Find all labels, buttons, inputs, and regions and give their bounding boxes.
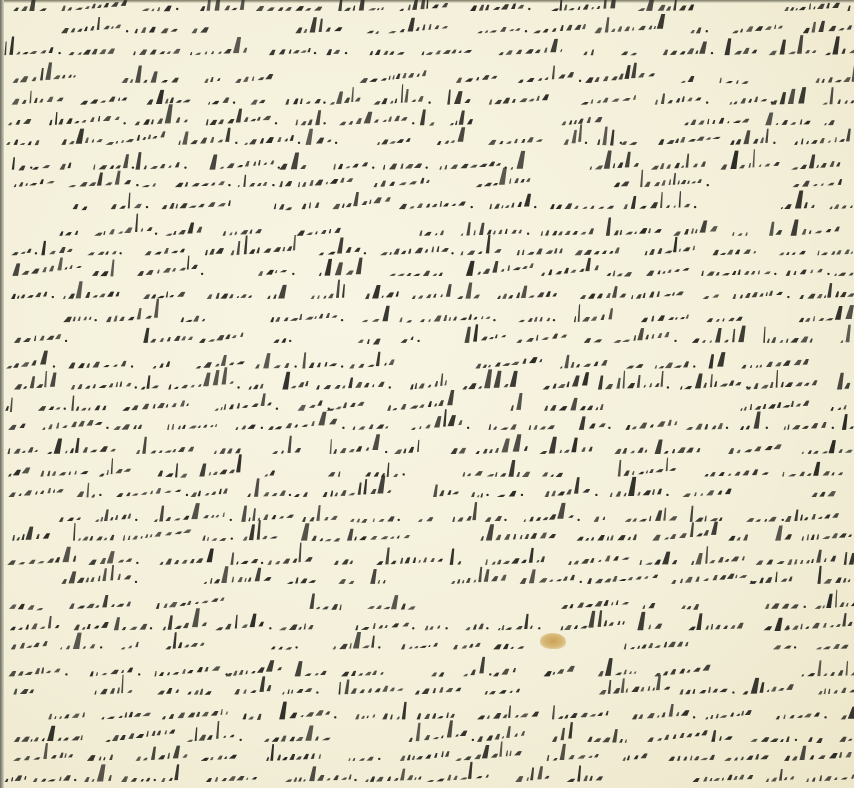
handwritten-paper-texture bbox=[0, 0, 854, 788]
script-strokes bbox=[0, 0, 854, 788]
paper-stain bbox=[540, 633, 566, 649]
